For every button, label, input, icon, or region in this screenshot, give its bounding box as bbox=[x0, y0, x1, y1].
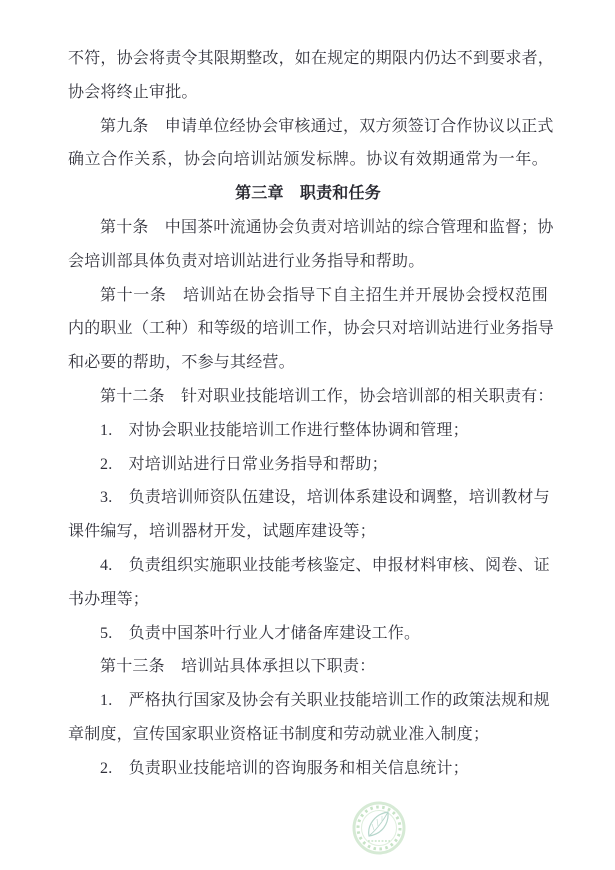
text-line: 会培训部具体负责对培训站进行业务指导和帮助。 bbox=[68, 245, 548, 279]
text-line: 协会将终止审批。 bbox=[68, 76, 548, 110]
text-line: 第十一条 培训站在协会指导下自主招生并开展协会授权范围 bbox=[68, 279, 548, 313]
text-line: 和必要的帮助，不参与其经营。 bbox=[68, 346, 548, 380]
document-body: 不符，协会将责令其限期整改，如在规定的期限内仍达不到要求者，协会将终止审批。第九… bbox=[68, 42, 548, 786]
text-line: 不符，协会将责令其限期整改，如在规定的期限内仍达不到要求者， bbox=[68, 42, 548, 76]
leaf-seal-watermark bbox=[352, 800, 406, 856]
document-page: 不符，协会将责令其限期整改，如在规定的期限内仍达不到要求者，协会将终止审批。第九… bbox=[0, 0, 615, 870]
text-line: 2. 负责职业技能培训的咨询服务和相关信息统计； bbox=[68, 752, 548, 786]
text-line: 确立合作关系，协会向培训站颁发标牌。协议有效期通常为一年。 bbox=[68, 143, 548, 177]
text-line: 1. 严格执行国家及协会有关职业技能培训工作的政策法规和规 bbox=[68, 684, 548, 718]
text-line: 第十二条 针对职业技能培训工作，协会培训部的相关职责有： bbox=[68, 380, 548, 414]
text-line: 1. 对协会职业技能培训工作进行整体协调和管理； bbox=[68, 414, 548, 448]
text-line: 内的职业（工种）和等级的培训工作，协会只对培训站进行业务指导 bbox=[68, 312, 548, 346]
text-line: 章制度，宣传国家职业资格证书制度和劳动就业准入制度； bbox=[68, 718, 548, 752]
text-line: 2. 对培训站进行日常业务指导和帮助； bbox=[68, 448, 548, 482]
text-line: 5. 负责中国茶叶行业人才储备库建设工作。 bbox=[68, 617, 548, 651]
text-line: 第十三条 培训站具体承担以下职责： bbox=[68, 650, 548, 684]
chapter-heading: 第三章 职责和任务 bbox=[68, 177, 548, 211]
text-line: 第九条 申请单位经协会审核通过，双方须签订合作协议以正式 bbox=[68, 110, 548, 144]
leaf-seal-icon bbox=[352, 800, 406, 856]
text-line: 书办理等； bbox=[68, 583, 548, 617]
text-line: 第十条 中国茶叶流通协会负责对培训站的综合管理和监督；协 bbox=[68, 211, 548, 245]
text-line: 3. 负责培训师资队伍建设，培训体系建设和调整，培训教材与 bbox=[68, 481, 548, 515]
text-line: 课件编写，培训器材开发，试题库建设等； bbox=[68, 515, 548, 549]
text-line: 4. 负责组织实施职业技能考核鉴定、申报材料审核、阅卷、证 bbox=[68, 549, 548, 583]
